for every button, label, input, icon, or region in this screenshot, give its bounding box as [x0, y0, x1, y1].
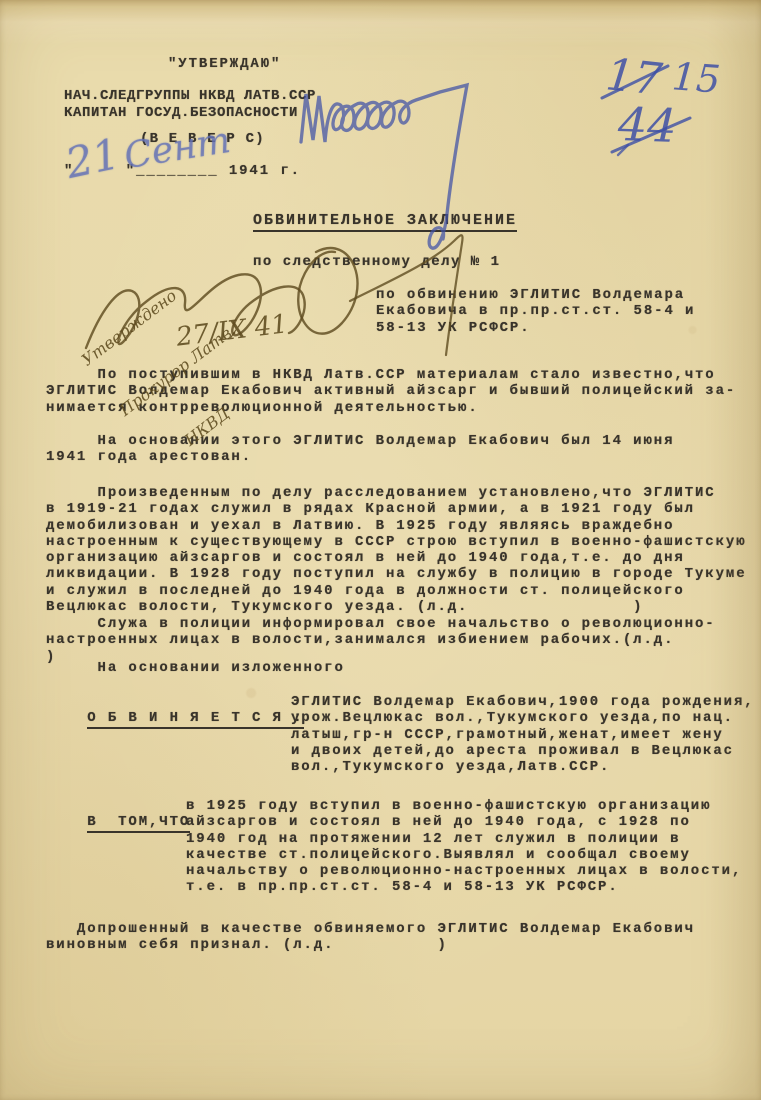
paragraph-on-basis: На основании изложенного	[46, 660, 345, 676]
document-subtitle: по следственному делу № 1	[253, 254, 501, 270]
approve-stamp-label: "УТВЕРЖДАЮ"	[168, 56, 281, 72]
paragraph-investigation: Произведенным по делу расследованием уст…	[46, 485, 747, 615]
in-that-description: в 1925 году вступил в военно-фашистскую …	[186, 798, 742, 896]
paragraph-confession: Допрошенный в качестве обвиняемого ЭГЛИТ…	[46, 921, 695, 954]
scanned-document-page: "УТВЕРЖДАЮ" НАЧ.СЛЕДГРУППЫ НКВД ЛАТВ.ССР…	[0, 0, 761, 1100]
paragraph-police-service: Служа в полиции информировал свое началь…	[46, 616, 761, 665]
approver-titles: НАЧ.СЛЕДГРУППЫ НКВД ЛАТВ.ССР КАПИТАН ГОС…	[64, 88, 316, 122]
accusation-header-block: по обвинению ЭГЛИТИС Волдемара Екабовича…	[376, 287, 695, 336]
page-number: 15	[671, 54, 722, 101]
charged-label: О Б В И Н Я Е Т С Я :	[87, 710, 303, 729]
document-title: ОБВИНИТЕЛЬНОЕ ЗАКЛЮЧЕНИЕ	[253, 213, 517, 232]
charged-description: ЭГЛИТИС Волдемар Екабович,1900 года рожд…	[291, 694, 755, 775]
page-number-crossed-out-2: 44	[617, 97, 677, 153]
in-that-label: В ТОМ,ЧТО	[87, 814, 190, 833]
